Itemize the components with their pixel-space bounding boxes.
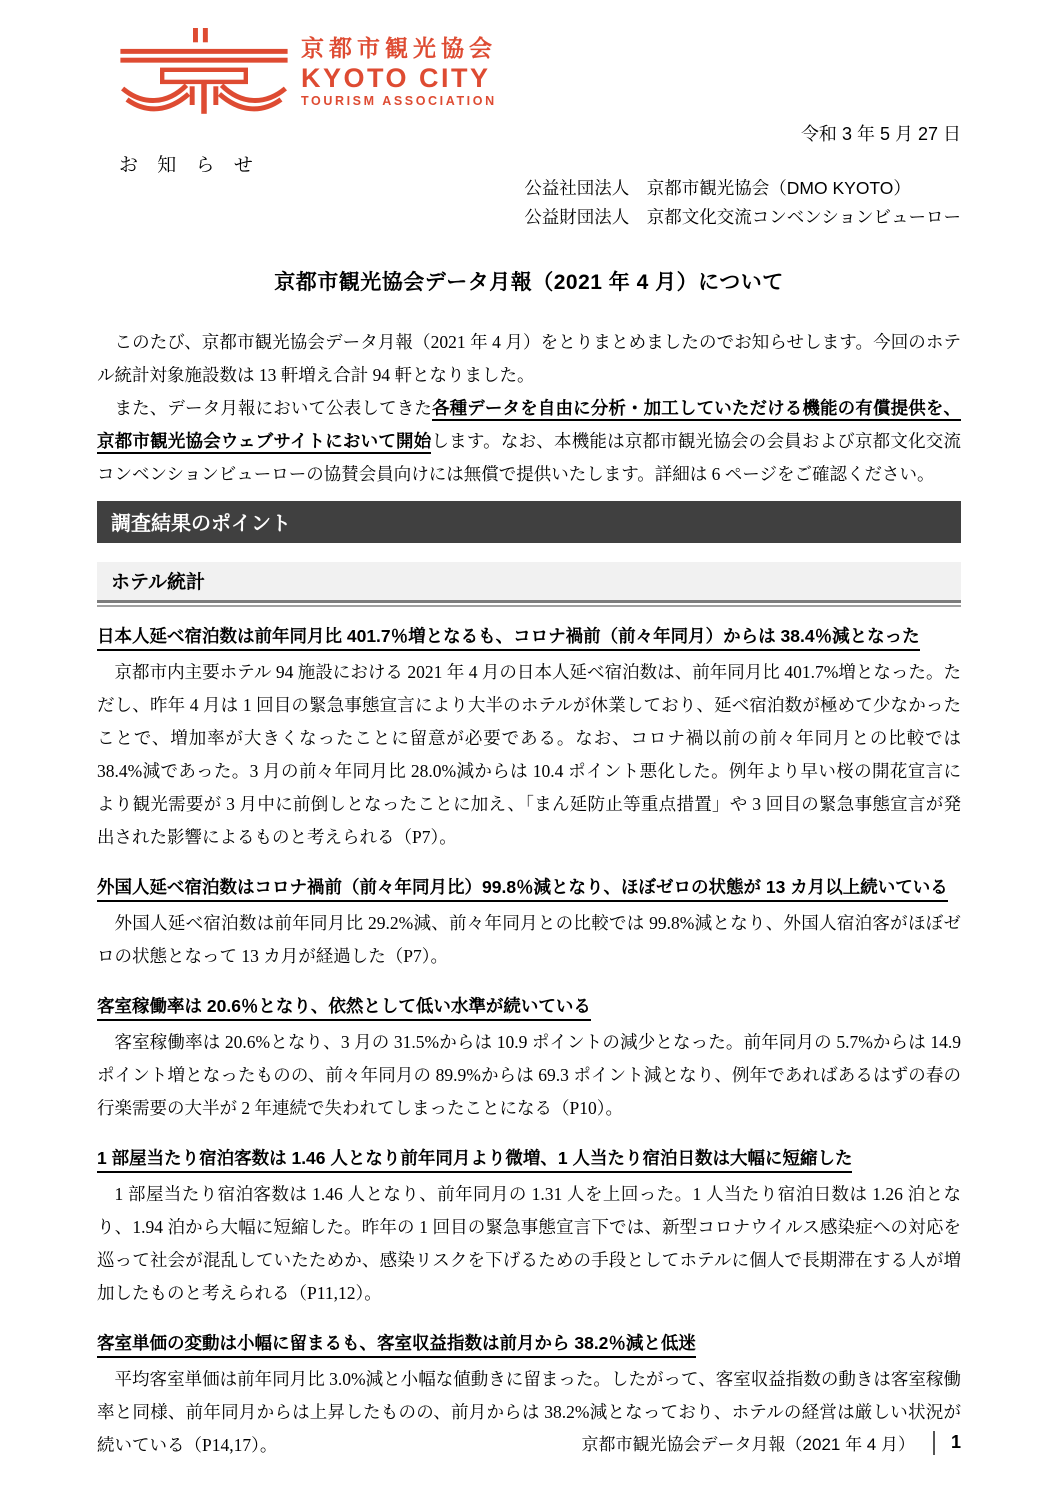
- hotel-stats-banner-label: ホテル統計: [111, 572, 205, 593]
- logo-en-name: KYOTO CITY: [301, 65, 497, 92]
- hotel-stats-banner: ホテル統計: [97, 562, 961, 603]
- document-page: 京都市観光協会 KYOTO CITY TOURISM ASSOCIATION 令…: [0, 0, 1058, 1497]
- section-body: 客室稼働率は 20.6%となり、3 月の 31.5%からは 10.9 ポイントの…: [97, 1026, 961, 1125]
- section-heading: 客室稼働率は 20.6％となり、依然として低い水準が続いている: [97, 993, 961, 1019]
- page-footer: 京都市観光協会データ月報（2021 年 4 月） 1: [582, 1430, 961, 1455]
- intro-paragraph-1: このたび、京都市観光協会データ月報（2021 年 4 月）をとりまとめましたので…: [97, 326, 961, 392]
- organization-names: 公益社団法人 京都市観光協会（DMO KYOTO） 公益財団法人 京都文化交流コ…: [524, 174, 961, 232]
- section-body: 京都市内主要ホテル 94 施設における 2021 年 4 月の日本人延べ宿泊数は…: [97, 656, 961, 854]
- page-number: 1: [951, 1432, 961, 1453]
- section-japanese-guest-nights: 日本人延べ宿泊数は前年同月比 401.7％増となるも、コロナ禍前（前々年同月）か…: [97, 623, 961, 854]
- section-heading: 1 部屋当たり宿泊客数は 1.46 人となり前年同月より微増、1 人当たり宿泊日…: [97, 1145, 961, 1171]
- section-heading: 外国人延べ宿泊数はコロナ禍前（前々年同月比）99.8％減となり、ほぼゼロの状態が…: [97, 874, 961, 900]
- kyoto-tourism-logo-icon: [119, 28, 289, 116]
- section-body: 1 部屋当たり宿泊客数は 1.46 人となり、前年同月の 1.31 人を上回った…: [97, 1178, 961, 1310]
- org-name-1: 公益社団法人 京都市観光協会（DMO KYOTO）: [524, 174, 961, 203]
- footer-separator: [933, 1431, 935, 1455]
- logo-jp-name: 京都市観光協会: [301, 37, 497, 60]
- results-points-banner: 調査結果のポイント: [97, 501, 961, 543]
- logo-text: 京都市観光協会 KYOTO CITY TOURISM ASSOCIATION: [301, 37, 497, 108]
- issue-date: 令和 3 年 5 月 27 日: [97, 120, 961, 146]
- notice-label: お 知 ら せ: [119, 150, 260, 177]
- page-title: 京都市観光協会データ月報（2021 年 4 月）について: [97, 266, 961, 296]
- section-occupancy-rate: 客室稼働率は 20.6％となり、依然として低い水準が続いている 客室稼働率は 2…: [97, 993, 961, 1125]
- header-meta: お 知 ら せ 公益社団法人 京都市観光協会（DMO KYOTO） 公益財団法人…: [97, 150, 961, 232]
- section-heading: 客室単価の変動は小幅に留まるも、客室収益指数は前月から 38.2％減と低迷: [97, 1330, 961, 1356]
- logo: 京都市観光協会 KYOTO CITY TOURISM ASSOCIATION: [119, 26, 961, 118]
- org-name-2: 公益財団法人 京都文化交流コンベンションビューロー: [524, 203, 961, 232]
- section-guests-per-room: 1 部屋当たり宿泊客数は 1.46 人となり前年同月より微増、1 人当たり宿泊日…: [97, 1145, 961, 1310]
- intro-paragraph-2: また、データ月報において公表してきた各種データを自由に分析・加工していただける機…: [97, 392, 961, 491]
- footer-label: 京都市観光協会データ月報（2021 年 4 月）: [582, 1430, 915, 1455]
- section-heading: 日本人延べ宿泊数は前年同月比 401.7％増となるも、コロナ禍前（前々年同月）か…: [97, 623, 961, 649]
- section-foreign-guest-nights: 外国人延べ宿泊数はコロナ禍前（前々年同月比）99.8％減となり、ほぼゼロの状態が…: [97, 874, 961, 973]
- intro-paragraph-2-prefix: また、データ月報において公表してきた: [115, 398, 433, 418]
- logo-en-subtitle: TOURISM ASSOCIATION: [301, 95, 497, 108]
- section-body: 外国人延べ宿泊数は前年同月比 29.2%減、前々年同月との比較では 99.8%減…: [97, 907, 961, 973]
